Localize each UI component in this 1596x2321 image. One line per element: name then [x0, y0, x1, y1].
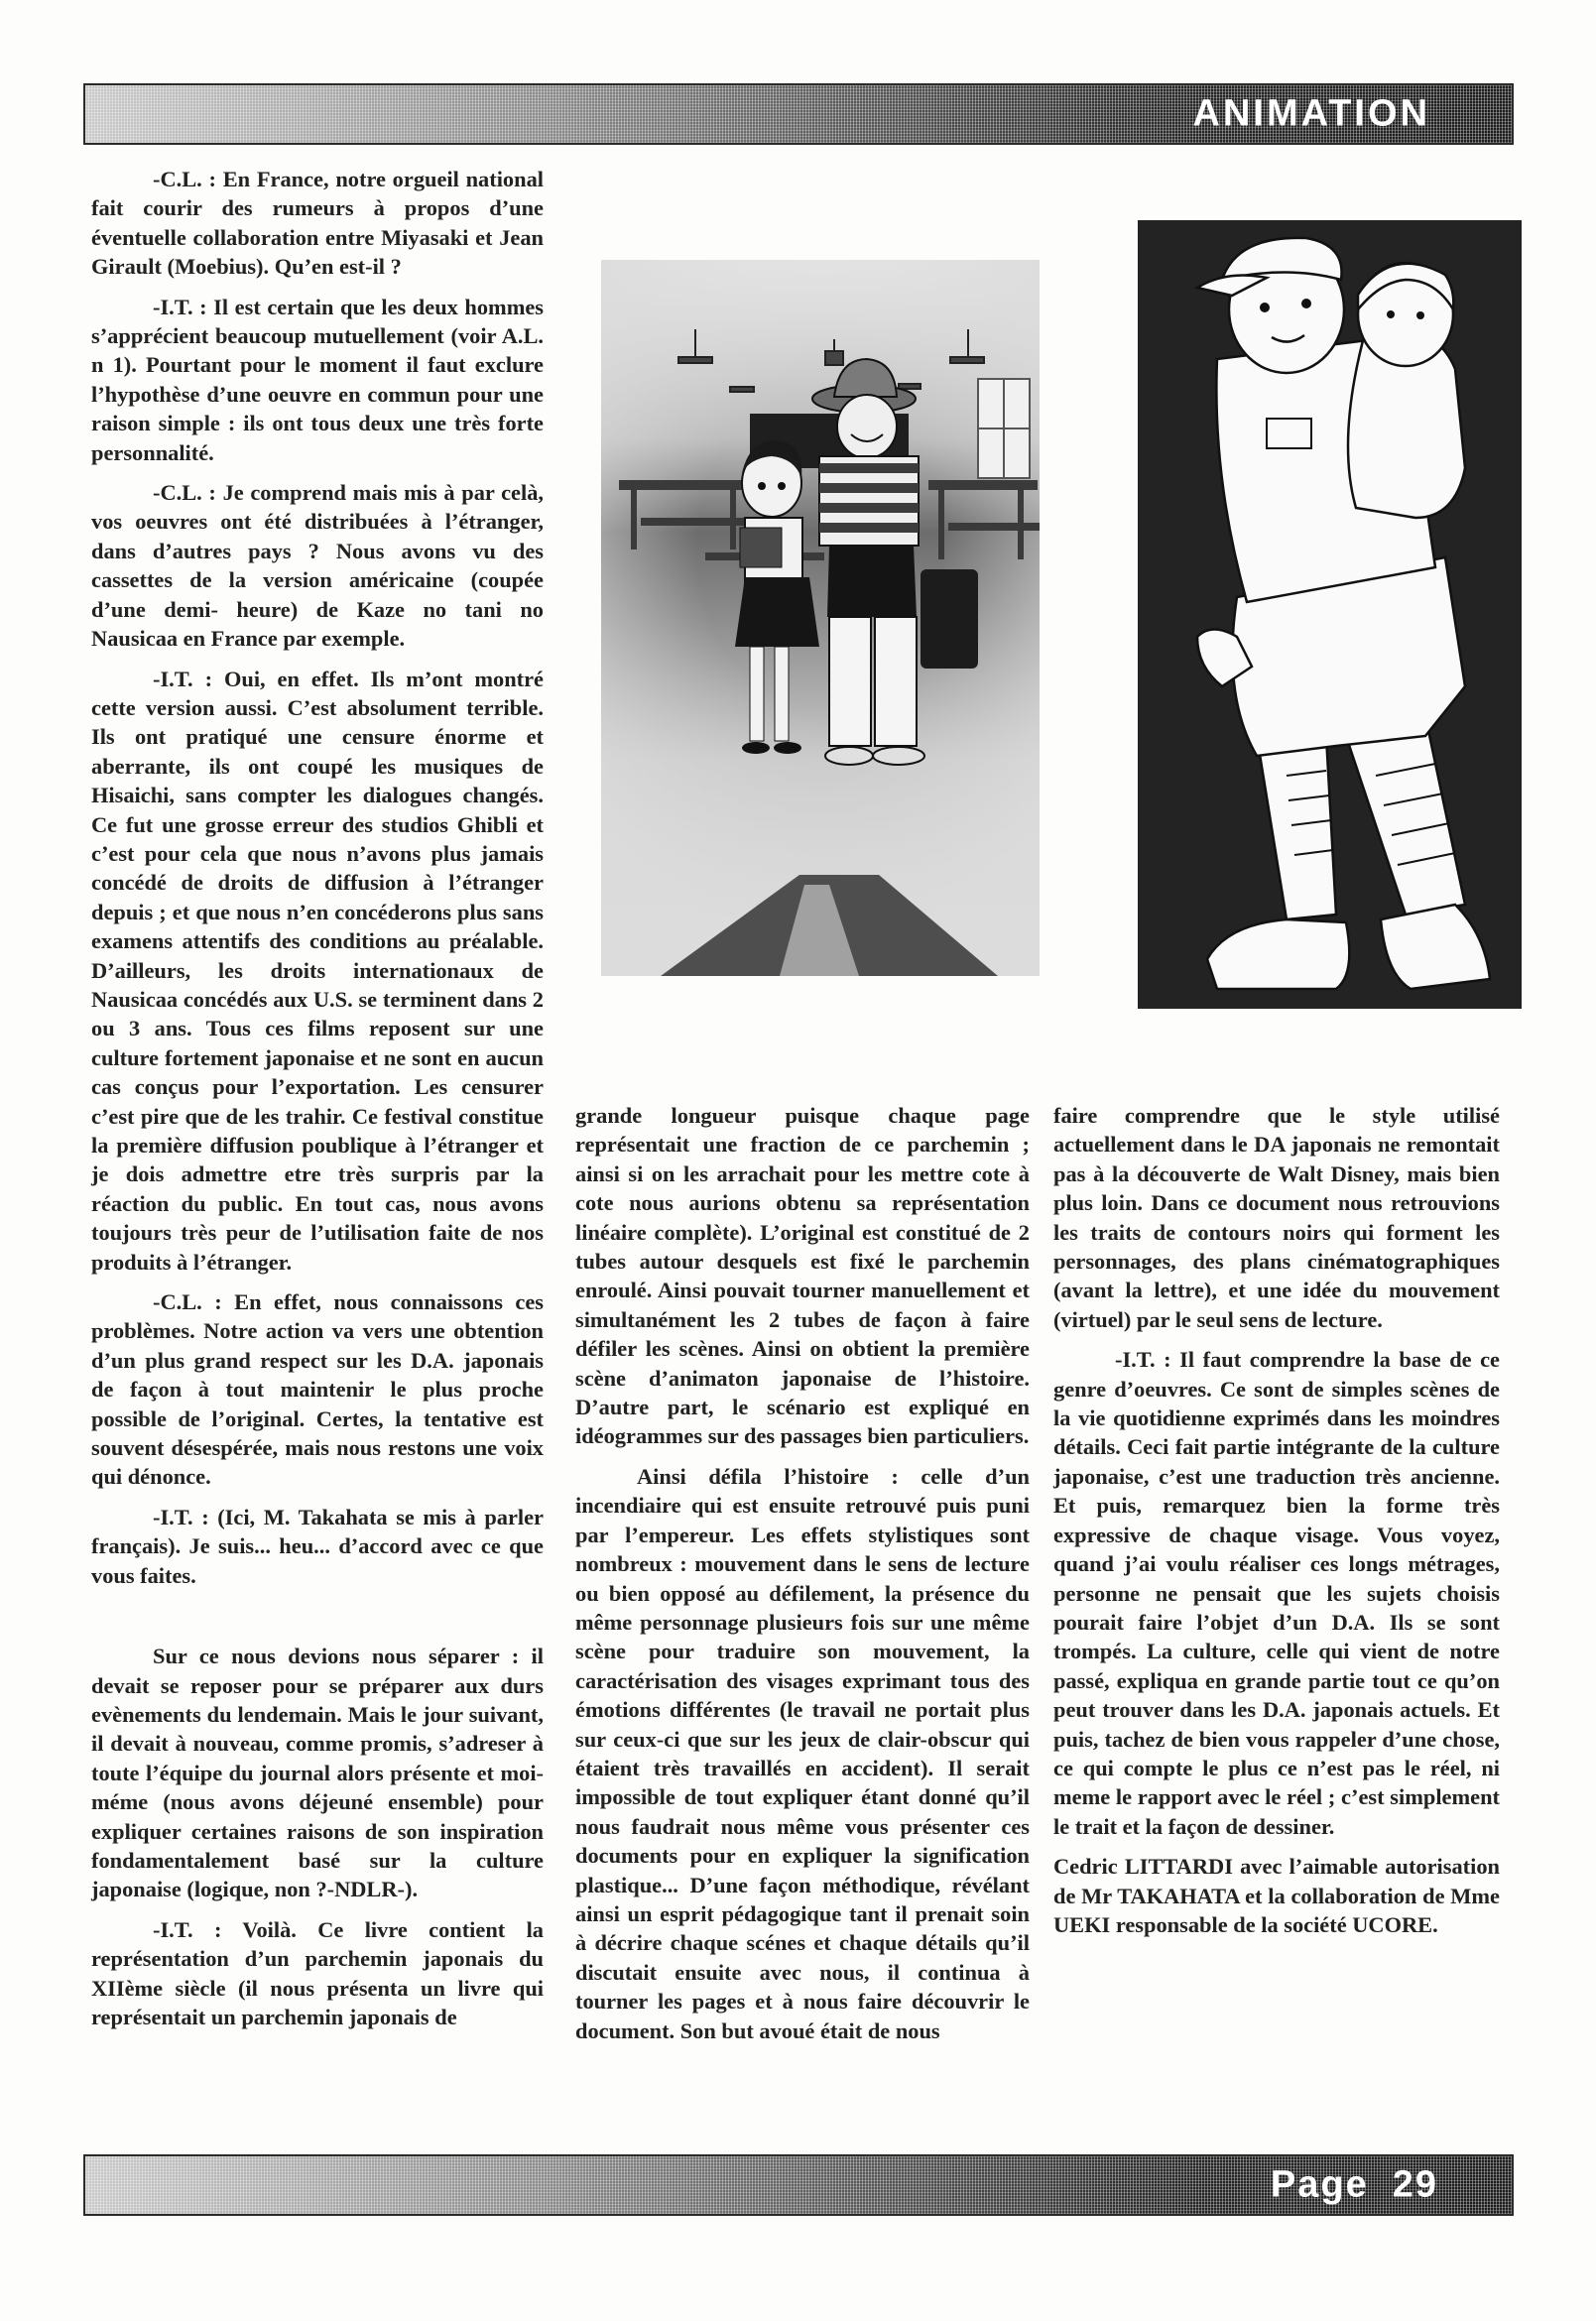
classroom-illustration-graphic [601, 260, 1040, 976]
paragraph: -I.T. : Il faut comprendre la base de ce… [1053, 1345, 1500, 1841]
illustration-boy-carrying-child: Line drawing on black: boy in cap and un… [1138, 220, 1522, 1009]
article-column-3: faire comprendre que le style utilisé ac… [1053, 1101, 1500, 1950]
paragraph: -C.L. : En France, notre orgueil nationa… [91, 165, 544, 282]
paragraph: -C.L. : En effet, nous connaissons ces p… [91, 1287, 544, 1492]
page-footer-band: Page29 [83, 2154, 1514, 2216]
page-number-label: Page29 [1271, 2164, 1438, 2207]
boy-carrying-child-graphic [1138, 220, 1522, 1009]
page-label: Page [1271, 2164, 1369, 2206]
paragraph: -I.T. : Voilà. Ce livre contient la repr… [91, 1915, 544, 2032]
author-credit: Cedric LITTARDI avec l’aimable autorisat… [1053, 1852, 1500, 1939]
paragraph: -C.L. : Je comprend mais mis à par celà,… [91, 478, 544, 653]
paragraph: grande longueur puisque chaque page repr… [575, 1101, 1030, 1451]
article-column-2: grande longueur puisque chaque page repr… [575, 1101, 1030, 2056]
section-header-band: ANIMATION [83, 83, 1514, 145]
paragraph: Ainsi défila l’histoire : celle d’un inc… [575, 1462, 1030, 2045]
paragraph: -I.T. : (Ici, M. Takahata se mis à parle… [91, 1503, 544, 1590]
article-column-1: -C.L. : En France, notre orgueil nationa… [91, 165, 544, 2042]
section-title: ANIMATION [1193, 93, 1431, 136]
paragraph: Sur ce nous devions nous séparer : il de… [91, 1642, 544, 1904]
paragraph: -I.T. : Il est certain que les deux homm… [91, 293, 544, 467]
paragraph: -I.T. : Oui, en effet. Ils m’ont montré … [91, 665, 544, 1278]
paragraph: faire comprendre que le style utilisé ac… [1053, 1101, 1500, 1334]
page-number: 29 [1393, 2164, 1438, 2206]
illustration-classroom: Illustration: girl holding books and smi… [601, 260, 1040, 976]
